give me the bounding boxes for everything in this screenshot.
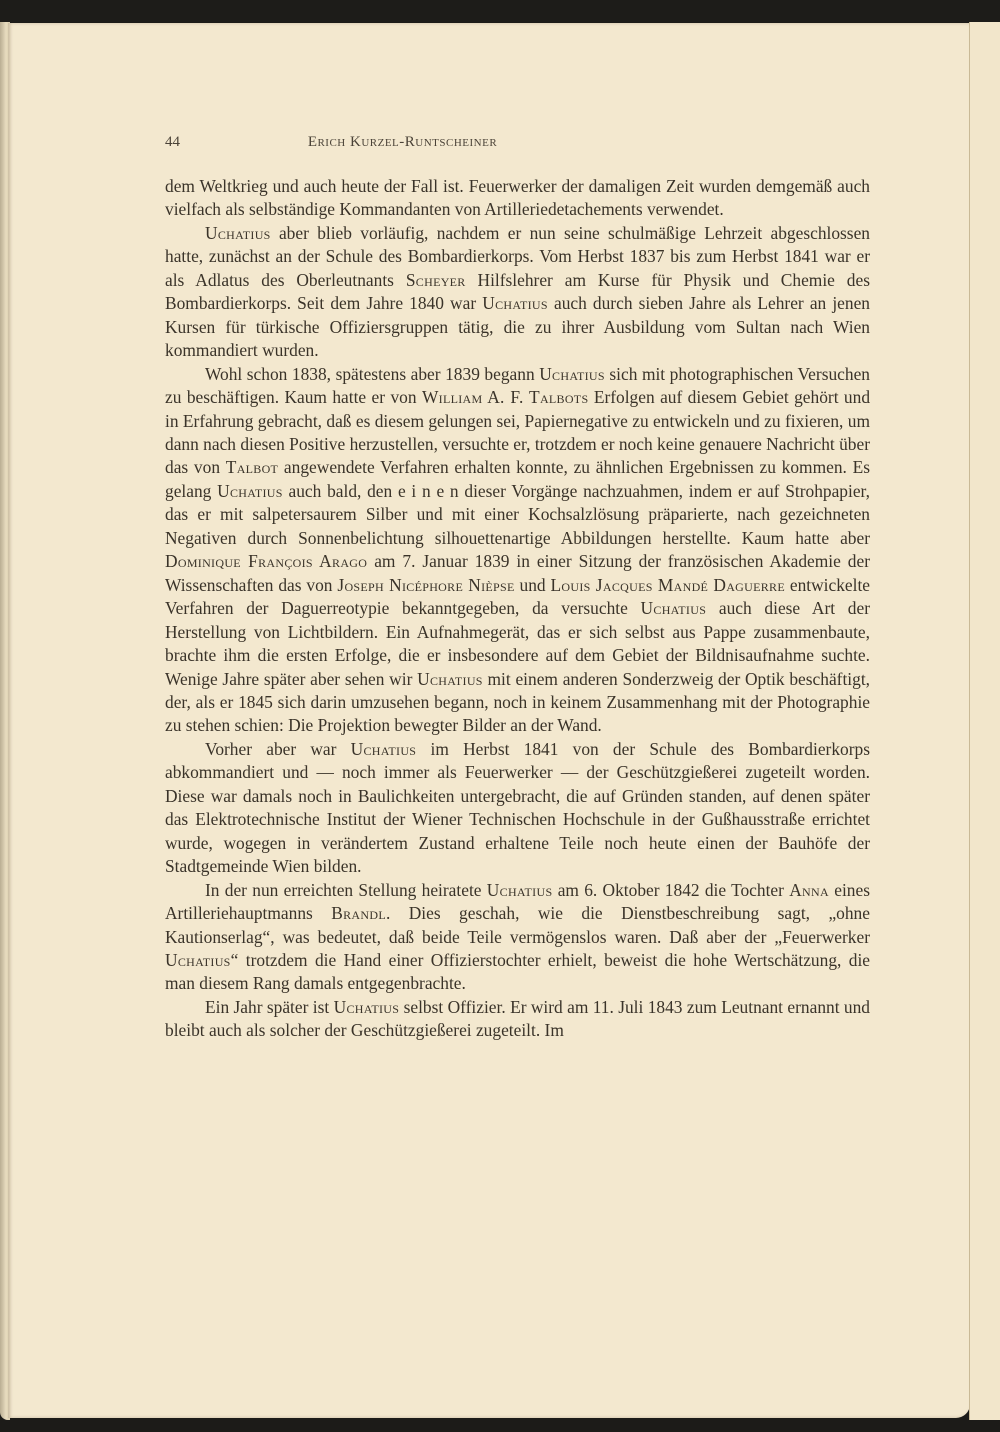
person-name: Uchatius bbox=[487, 880, 553, 900]
text-run: In der nun erreichten Stellung heiratete bbox=[205, 880, 487, 900]
person-name: Uchatius bbox=[205, 223, 271, 243]
person-name: Uchatius bbox=[165, 950, 231, 970]
text-run: “ trotzdem die Hand einer Offizierstocht… bbox=[165, 950, 870, 993]
paragraph: dem Weltkrieg und auch heute der Fall is… bbox=[165, 175, 870, 222]
person-name: Uchatius bbox=[539, 364, 605, 384]
person-name: Anna bbox=[789, 880, 829, 900]
person-name: William A. F. Talbots bbox=[422, 387, 588, 407]
person-name: Uchatius bbox=[417, 669, 483, 689]
text-run: Wohl schon 1838, spätestens aber 1839 be… bbox=[205, 364, 539, 384]
person-name: Louis Jacques Mandé Daguerre bbox=[551, 575, 785, 595]
text-run: dem Weltkrieg und auch heute der Fall is… bbox=[165, 176, 870, 219]
person-name: Uchatius bbox=[334, 997, 400, 1017]
body-text: dem Weltkrieg und auch heute der Fall is… bbox=[165, 175, 870, 1043]
text-run: Ein Jahr später ist bbox=[205, 997, 334, 1017]
paragraph: Ein Jahr später ist Uchatius selbst Offi… bbox=[165, 996, 870, 1043]
person-name: Scheyer bbox=[406, 270, 466, 290]
paragraph: Uchatius aber blieb vorläufig, nachdem e… bbox=[165, 222, 870, 363]
person-name: Uchatius bbox=[217, 481, 283, 501]
person-name: Brandl bbox=[331, 903, 386, 923]
running-head-title: Erich Kurzel-Runtscheiner bbox=[165, 134, 640, 151]
person-name: Uchatius bbox=[351, 739, 417, 759]
paragraph: Wohl schon 1838, spätestens aber 1839 be… bbox=[165, 363, 870, 738]
person-name: Dominique François Arago bbox=[165, 551, 367, 571]
text-run: und bbox=[515, 575, 551, 595]
next-page-edge bbox=[969, 22, 1000, 1420]
text-run: im Herbst 1841 von der Schule des Bombar… bbox=[165, 739, 870, 876]
text-run: am 6. Oktober 1842 die Tochter bbox=[552, 880, 789, 900]
running-head: 44 Erich Kurzel-Runtscheiner bbox=[165, 134, 640, 156]
text-run: Vorher aber war bbox=[205, 739, 351, 759]
person-name: Uchatius bbox=[641, 598, 707, 618]
person-name: Joseph Nicéphore Nièpse bbox=[337, 575, 514, 595]
scan-top-border bbox=[0, 0, 1000, 22]
paragraph: In der nun erreichten Stellung heiratete… bbox=[165, 879, 870, 996]
person-name: Uchatius bbox=[482, 293, 548, 313]
paragraph: Vorher aber war Uchatius im Herbst 1841 … bbox=[165, 738, 870, 879]
person-name: Talbot bbox=[226, 457, 278, 477]
